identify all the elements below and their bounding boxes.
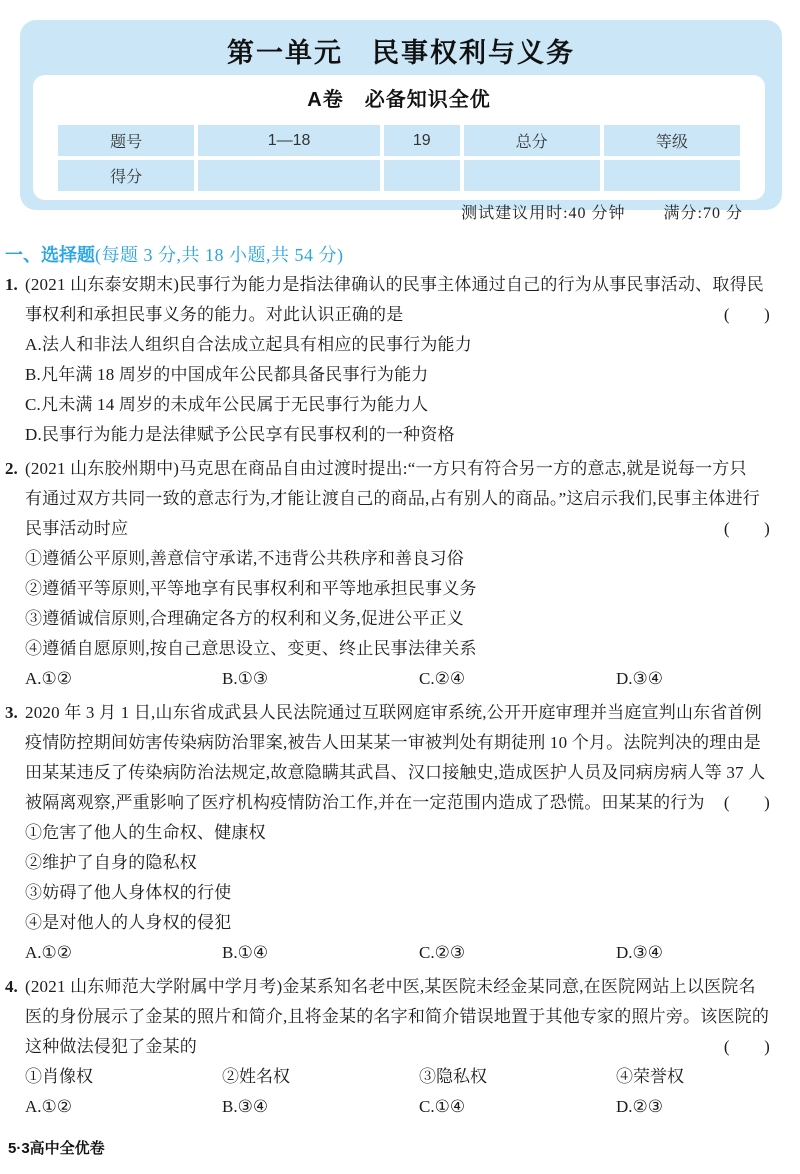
answer-bracket: ( ) [724, 1032, 770, 1062]
answer-bracket: ( ) [724, 300, 770, 330]
statement-line-3: ③遵循诚信原则,合理确定各方的权利和义务,促进公平正义 [25, 604, 770, 634]
answer-choice-row: A.①② B.①④ C.②③ D.③④ [25, 938, 770, 968]
score-cell-blank-3 [464, 160, 600, 191]
statement-item-1: ①肖像权 [25, 1062, 222, 1092]
score-table-score-row: 得分 [58, 160, 740, 191]
option-line-a: A.法人和非法人组织自合法成立起具有相应的民事行为能力 [25, 330, 770, 360]
question-2: 2. (2021 山东胶州期中)马克思在商品自由过渡时提出:“一方只有符合另一方… [5, 454, 770, 694]
answer-choice-row: A.①② B.①③ C.②④ D.③④ [25, 664, 770, 694]
question-stem-text: 事权利和承担民事义务的能力。对此认识正确的是 [25, 300, 403, 330]
question-stem-line: 这种做法侵犯了金某的 ( ) [25, 1032, 770, 1062]
section-note: (每题 3 分,共 18 小题,共 54 分) [95, 245, 344, 265]
paper-a-title: A卷 必备知识全优 [33, 75, 765, 113]
answer-choice-c: C.②③ [419, 938, 616, 968]
paper-a-card: A卷 必备知识全优 题号 1—18 19 总分 等级 得分 测试建议用时:40 … [33, 75, 765, 200]
statement-item-2: ②姓名权 [222, 1062, 419, 1092]
question-stem-text: 这种做法侵犯了金某的 [25, 1032, 197, 1062]
question-number: 1. [5, 270, 18, 300]
answer-choice-b: B.①③ [222, 664, 419, 694]
answer-choice-a: A.①② [25, 664, 222, 694]
answer-choice-c: C.②④ [419, 664, 616, 694]
book-footer-logo: 5·3高中全优卷 [8, 1137, 105, 1158]
statement-line-4: ④遵循自愿原则,按自己意思设立、变更、终止民事法律关系 [25, 634, 770, 664]
question-stem-line: 疫情防控期间妨害传染病防治罪案,被告人田某某一审被判处有期徒刑 10 个月。法院… [25, 728, 770, 758]
answer-bracket: ( ) [724, 514, 770, 544]
question-number: 3. [5, 698, 18, 728]
score-cell-score-label: 得分 [58, 160, 194, 191]
score-cell-q19: 19 [384, 125, 460, 156]
question-4: 4. (2021 山东师范大学附属中学月考)金某系知名老中医,某医院未经金某同意… [5, 972, 770, 1122]
score-cell-q1-18: 1—18 [198, 125, 380, 156]
unit-title: 第一单元 民事权利与义务 [20, 20, 782, 73]
section-heading: 一、选择题(每题 3 分,共 18 小题,共 54 分) [5, 240, 770, 270]
score-table: 题号 1—18 19 总分 等级 得分 [54, 121, 744, 195]
score-cell-blank-2 [384, 160, 460, 191]
statement-item-row: ①肖像权 ②姓名权 ③隐私权 ④荣誉权 [25, 1062, 770, 1092]
score-cell-label: 题号 [58, 125, 194, 156]
answer-choice-d: D.③④ [616, 938, 770, 968]
answer-choice-b: B.①④ [222, 938, 419, 968]
statement-line-1: ①危害了他人的生命权、健康权 [25, 818, 770, 848]
question-stem-line: 2020 年 3 月 1 日,山东省成武县人民法院通过互联网庭审系统,公开开庭审… [25, 698, 770, 728]
unit-header-banner: 第一单元 民事权利与义务 A卷 必备知识全优 题号 1—18 19 总分 等级 … [20, 20, 782, 210]
option-line-d: D.民事行为能力是法律赋予公民享有民事权利的一种资格 [25, 420, 770, 450]
answer-choice-c: C.①④ [419, 1092, 616, 1122]
test-note: 测试建议用时:40 分钟满分:70 分 [33, 200, 765, 223]
answer-bracket: ( ) [724, 788, 770, 818]
answer-choice-a: A.①② [25, 1092, 222, 1122]
statement-line-2: ②遵循平等原则,平等地享有民事权利和平等地承担民事义务 [25, 574, 770, 604]
question-stem-line: 有通过双方共同一致的意志行为,才能让渡自己的商品,占有别人的商品。”这启示我们,… [25, 484, 770, 514]
question-1: 1. (2021 山东泰安期末)民事行为能力是指法律确认的民事主体通过自己的行为… [5, 270, 770, 450]
question-stem-line: (2021 山东泰安期末)民事行为能力是指法律确认的民事主体通过自己的行为从事民… [25, 270, 770, 300]
answer-choice-d: D.③④ [616, 664, 770, 694]
question-stem-text: 民事活动时应 [25, 514, 128, 544]
question-stem-line: 医的身份展示了金某的照片和简介,且将金某的名字和简介错误地置于其他专家的照片旁。… [25, 1002, 770, 1032]
question-stem-line: 田某某违反了传染病防治法规定,故意隐瞒其武昌、汉口接触史,造成医护人员及同病房病… [25, 758, 770, 788]
statement-line-4: ④是对他人的人身权的侵犯 [25, 908, 770, 938]
score-cell-blank-1 [198, 160, 380, 191]
score-cell-blank-4 [604, 160, 740, 191]
option-line-c: C.凡未满 14 周岁的未成年公民属于无民事行为能力人 [25, 390, 770, 420]
question-stem-line: 事权利和承担民事义务的能力。对此认识正确的是 ( ) [25, 300, 770, 330]
answer-choice-row: A.①② B.③④ C.①④ D.②③ [25, 1092, 770, 1122]
statement-line-1: ①遵循公平原则,善意信守承诺,不违背公共秩序和善良习俗 [25, 544, 770, 574]
option-line-b: B.凡年满 18 周岁的中国成年公民都具备民事行为能力 [25, 360, 770, 390]
statement-line-3: ③妨碍了他人身体权的行使 [25, 878, 770, 908]
statement-line-2: ②维护了自身的隐私权 [25, 848, 770, 878]
question-stem-line: 被隔离观察,严重影响了医疗机构疫情防治工作,并在一定范围内造成了恐慌。田某某的行… [25, 788, 770, 818]
answer-choice-d: D.②③ [616, 1092, 770, 1122]
question-stem-line: 民事活动时应 ( ) [25, 514, 770, 544]
question-3: 3. 2020 年 3 月 1 日,山东省成武县人民法院通过互联网庭审系统,公开… [5, 698, 770, 968]
test-note-time: 测试建议用时:40 分钟 [461, 205, 625, 222]
question-stem-text: 被隔离观察,严重影响了医疗机构疫情防治工作,并在一定范围内造成了恐慌。田某某的行… [25, 788, 705, 818]
score-cell-grade: 等级 [604, 125, 740, 156]
score-table-header-row: 题号 1—18 19 总分 等级 [58, 125, 740, 156]
answer-choice-a: A.①② [25, 938, 222, 968]
question-area: 一、选择题(每题 3 分,共 18 小题,共 54 分) 1. (2021 山东… [5, 240, 770, 1126]
answer-choice-b: B.③④ [222, 1092, 419, 1122]
statement-item-4: ④荣誉权 [616, 1062, 770, 1092]
question-stem-line: (2021 山东胶州期中)马克思在商品自由过渡时提出:“一方只有符合另一方的意志… [25, 454, 770, 484]
question-number: 4. [5, 972, 18, 1002]
test-note-score: 满分:70 分 [664, 205, 743, 222]
statement-item-3: ③隐私权 [419, 1062, 616, 1092]
section-title: 一、选择题 [5, 245, 95, 265]
score-cell-total: 总分 [464, 125, 600, 156]
question-stem-line: (2021 山东师范大学附属中学月考)金某系知名老中医,某医院未经金某同意,在医… [25, 972, 770, 1002]
question-number: 2. [5, 454, 18, 484]
